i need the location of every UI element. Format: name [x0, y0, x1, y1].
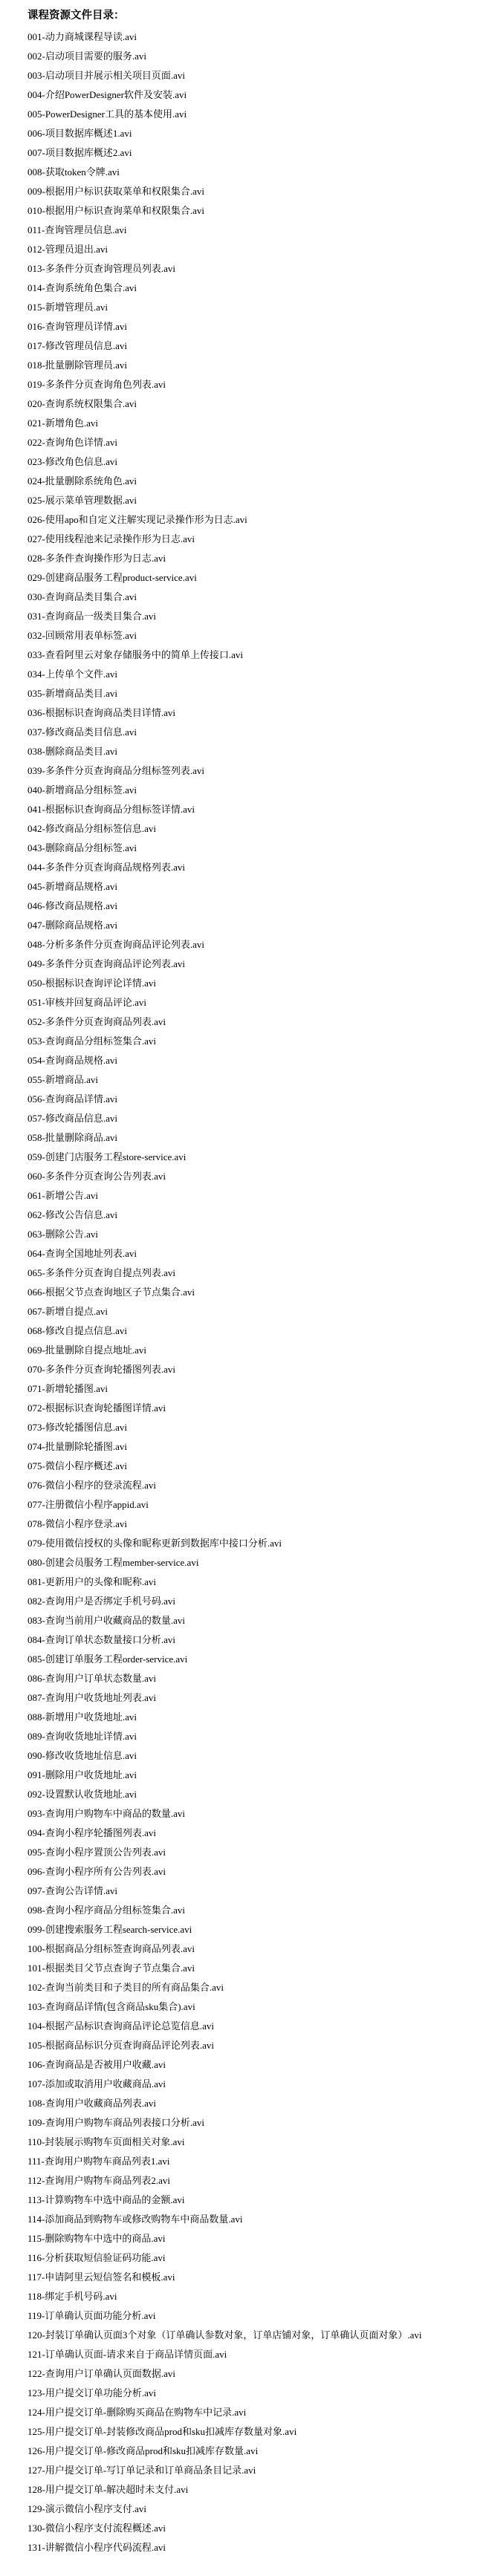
list-item: 036-根据标识查询商品类目详情.avi: [27, 707, 476, 719]
list-item: 130-微信小程序支付流程概述.avi: [27, 2523, 476, 2534]
list-item: 121-订单确认页面-请求来自于商品详情页面.avi: [27, 2349, 476, 2361]
list-item: 075-微信小程序概述.avi: [27, 1460, 476, 1472]
list-item: 126-用户提交订单-修改商品prod和sku扣减库存数量.avi: [27, 2445, 476, 2457]
list-item: 099-创建搜索服务工程search-service.avi: [27, 1924, 476, 1936]
list-item: 021-新增角色.avi: [27, 417, 476, 429]
list-item: 024-批量删除系统角色.avi: [27, 475, 476, 487]
list-item: 003-启动项目并展示相关项目页面.avi: [27, 70, 476, 82]
list-item: 010-根据用户标识查询菜单和权限集合.avi: [27, 205, 476, 217]
list-item: 073-修改轮播图信息.avi: [27, 1422, 476, 1434]
list-item: 048-分析多条件分页查询商品评论列表.avi: [27, 939, 476, 951]
list-item: 054-查询商品规格.avi: [27, 1055, 476, 1067]
list-item: 129-演示微信小程序支付.avi: [27, 2503, 476, 2515]
list-item: 027-使用线程池来记录操作形为日志.avi: [27, 533, 476, 545]
list-item: 009-根据用户标识获取菜单和权限集合.avi: [27, 186, 476, 198]
list-item: 055-新增商品.avi: [27, 1074, 476, 1086]
list-item: 110-封装展示购物车页面相关对象.avi: [27, 2136, 476, 2148]
list-item: 032-回顾常用表单标签.avi: [27, 630, 476, 642]
list-item: 124-用户提交订单-删除购买商品在购物车中记录.avi: [27, 2407, 476, 2419]
list-item: 120-封装订单确认页面3个对象（订单确认参数对象，订单店铺对象，订单确认页面对…: [27, 2329, 476, 2341]
list-item: 112-查询用户购物车商品列表2.avi: [27, 2175, 476, 2187]
list-item: 058-批量删除商品.avi: [27, 1132, 476, 1144]
list-item: 042-修改商品分组标签信息.avi: [27, 823, 476, 835]
list-item: 122-查询用户订单确认页面数据.avi: [27, 2368, 476, 2380]
list-item: 060-多条件分页查询公告列表.avi: [27, 1171, 476, 1183]
list-item: 094-查询小程序轮播图列表.avi: [27, 1827, 476, 1839]
list-item: 006-项目数据库概述1.avi: [27, 128, 476, 140]
list-item: 089-查询收货地址详情.avi: [27, 1731, 476, 1743]
list-item: 016-查询管理员详情.avi: [27, 321, 476, 333]
list-item: 062-修改公告信息.avi: [27, 1209, 476, 1221]
list-item: 071-新增轮播图.avi: [27, 1383, 476, 1395]
list-item: 063-删除公告.avi: [27, 1229, 476, 1240]
list-item: 007-项目数据库概述2.avi: [27, 147, 476, 159]
list-item: 011-查询管理员信息.avi: [27, 224, 476, 236]
list-item: 125-用户提交订单-封装修改商品prod和sku扣减库存数量对象.avi: [27, 2426, 476, 2438]
list-item: 093-查询用户购物车中商品的数量.avi: [27, 1808, 476, 1820]
list-item: 013-多条件分页查询管理员列表.avi: [27, 263, 476, 275]
list-item: 087-查询用户收货地址列表.avi: [27, 1692, 476, 1704]
list-item: 131-讲解微信小程序代码流程.avi: [27, 2542, 476, 2554]
list-item: 077-注册微信小程序appid.avi: [27, 1499, 476, 1511]
list-item: 025-展示菜单管理数据.avi: [27, 495, 476, 507]
list-item: 020-查询系统权限集合.avi: [27, 398, 476, 410]
list-item: 026-使用apo和自定义注解实现记录操作形为日志.avi: [27, 514, 476, 526]
list-item: 103-查询商品详情(包含商品sku集合).avi: [27, 2001, 476, 2013]
list-item: 116-分析获取短信验证码功能.avi: [27, 2252, 476, 2264]
list-item: 078-微信小程序登录.avi: [27, 1518, 476, 1530]
list-item: 056-查询商品详情.avi: [27, 1093, 476, 1105]
file-list: 001-动力商城课程导读.avi002-启动项目需要的服务.avi003-启动项…: [27, 31, 476, 2554]
list-item: 039-多条件分页查询商品分组标签列表.avi: [27, 765, 476, 777]
list-item: 012-管理员退出.avi: [27, 244, 476, 256]
list-item: 023-修改角色信息.avi: [27, 456, 476, 468]
list-item: 114-添加商品到购物车或修改购物车中商品数量.avi: [27, 2214, 476, 2225]
list-item: 079-使用微信授权的头像和昵称更新到数据库中接口分析.avi: [27, 1538, 476, 1549]
list-item: 028-多条件查询操作形为日志.avi: [27, 553, 476, 565]
document-page: 课程资源文件目录： 001-动力商城课程导读.avi002-启动项目需要的服务.…: [0, 0, 483, 2576]
list-item: 002-启动项目需要的服务.avi: [27, 51, 476, 62]
list-item: 005-PowerDesigner工具的基本使用.avi: [27, 108, 476, 120]
list-item: 057-修改商品信息.avi: [27, 1113, 476, 1125]
list-item: 123-用户提交订单功能分析.avi: [27, 2387, 476, 2399]
list-item: 117-申请阿里云短信签名和模板.avi: [27, 2271, 476, 2283]
list-item: 074-批量删除轮播图.avi: [27, 1441, 476, 1453]
list-item: 128-用户提交订单-解决超时未支付.avi: [27, 2484, 476, 2496]
list-item: 065-多条件分页查询自提点列表.avi: [27, 1267, 476, 1279]
list-item: 004-介绍PowerDesigner软件及安装.avi: [27, 89, 476, 101]
list-item: 084-查询订单状态数量接口分析.avi: [27, 1634, 476, 1646]
list-item: 098-查询小程序商品分组标签集合.avi: [27, 1905, 476, 1916]
list-item: 066-根据父节点查询地区子节点集合.avi: [27, 1287, 476, 1298]
list-item: 008-获取token令牌.avi: [27, 166, 476, 178]
list-item: 035-新增商品类目.avi: [27, 688, 476, 700]
list-item: 097-查询公告详情.avi: [27, 1885, 476, 1897]
list-item: 038-删除商品类目.avi: [27, 746, 476, 758]
list-item: 061-新增公告.avi: [27, 1190, 476, 1202]
list-item: 111-查询用户购物车商品列表1.avi: [27, 2156, 476, 2167]
list-item: 086-查询用户订单状态数量.avi: [27, 1673, 476, 1685]
list-item: 109-查询用户购物车商品列表接口分析.avi: [27, 2117, 476, 2129]
list-item: 029-创建商品服务工程product-service.avi: [27, 572, 476, 584]
list-item: 080-创建会员服务工程member-service.avi: [27, 1557, 476, 1569]
list-item: 100-根据商品分组标签查询商品列表.avi: [27, 1943, 476, 1955]
list-item: 069-批量删除自提点地址.avi: [27, 1344, 476, 1356]
list-item: 046-修改商品规格.avi: [27, 900, 476, 912]
list-item: 085-创建订单服务工程order-service.avi: [27, 1653, 476, 1665]
list-item: 095-查询小程序置顶公告列表.avi: [27, 1847, 476, 1858]
list-item: 033-查看阿里云对象存储服务中的简单上传接口.avi: [27, 649, 476, 661]
list-item: 001-动力商城课程导读.avi: [27, 31, 476, 43]
list-item: 113-计算购物车中选中商品的金额.avi: [27, 2194, 476, 2206]
list-item: 030-查询商品类目集合.avi: [27, 591, 476, 603]
list-item: 067-新增自提点.avi: [27, 1306, 476, 1318]
list-item: 096-查询小程序所有公告列表.avi: [27, 1866, 476, 1878]
list-item: 088-新增用户收货地址.avi: [27, 1711, 476, 1723]
list-item: 119-订单确认页面功能分析.avi: [27, 2310, 476, 2322]
list-item: 068-修改自提点信息.avi: [27, 1325, 476, 1337]
list-item: 059-创建门店服务工程store-service.avi: [27, 1151, 476, 1163]
list-item: 115-删除购物车中选中的商品.avi: [27, 2233, 476, 2245]
list-item: 040-新增商品分组标签.avi: [27, 784, 476, 796]
list-item: 108-查询用户收藏商品列表.avi: [27, 2098, 476, 2110]
list-item: 083-查询当前用户收藏商品的数量.avi: [27, 1615, 476, 1627]
list-item: 106-查询商品是否被用户收藏.avi: [27, 2059, 476, 2071]
list-item: 082-查询用户是否绑定手机号码.avi: [27, 1596, 476, 1607]
list-item: 022-查询角色详情.avi: [27, 437, 476, 449]
list-item: 118-绑定手机号码.avi: [27, 2291, 476, 2303]
list-item: 051-审核并回复商品评论.avi: [27, 997, 476, 1009]
list-item: 047-删除商品规格.avi: [27, 920, 476, 931]
list-item: 045-新增商品规格.avi: [27, 881, 476, 893]
list-item: 081-更新用户的头像和昵称.avi: [27, 1576, 476, 1588]
list-item: 050-根据标识查询评论详情.avi: [27, 978, 476, 989]
list-item: 017-修改管理员信息.avi: [27, 340, 476, 352]
list-item: 090-修改收货地址信息.avi: [27, 1750, 476, 1762]
list-item: 102-查询当前类目和子类目的所有商品集合.avi: [27, 1982, 476, 1994]
list-item: 018-批量删除管理员.avi: [27, 360, 476, 371]
list-item: 049-多条件分页查询商品评论列表.avi: [27, 958, 476, 970]
list-item: 127-用户提交订单-写订单记录和订单商品条目记录.avi: [27, 2465, 476, 2476]
list-item: 041-根据标识查询商品分组标签详情.avi: [27, 804, 476, 816]
list-item: 053-查询商品分组标签集合.avi: [27, 1035, 476, 1047]
list-item: 015-新增管理员.avi: [27, 302, 476, 313]
list-item: 044-多条件分页查询商品规格列表.avi: [27, 862, 476, 874]
list-item: 091-删除用户收货地址.avi: [27, 1769, 476, 1781]
list-item: 037-修改商品类目信息.avi: [27, 726, 476, 738]
list-item: 019-多条件分页查询角色列表.avi: [27, 379, 476, 391]
list-item: 107-添加或取消用户收藏商品.avi: [27, 2078, 476, 2090]
list-item: 052-多条件分页查询商品列表.avi: [27, 1016, 476, 1028]
list-item: 014-查询系统角色集合.avi: [27, 282, 476, 294]
list-item: 104-根据产品标识查询商品评论总览信息.avi: [27, 2020, 476, 2032]
list-item: 031-查询商品一级类目集合.avi: [27, 611, 476, 622]
page-title: 课程资源文件目录：: [27, 9, 476, 22]
list-item: 064-查询全国地址列表.avi: [27, 1248, 476, 1260]
list-item: 043-删除商品分组标签.avi: [27, 842, 476, 854]
list-item: 072-根据标识查询轮播图详情.avi: [27, 1402, 476, 1414]
list-item: 092-设置默认收货地址.avi: [27, 1789, 476, 1801]
list-item: 105-根据商品标识分页查询商品评论列表.avi: [27, 2040, 476, 2052]
list-item: 101-根据类目父节点查询子节点集合.avi: [27, 1962, 476, 1974]
list-item: 076-微信小程序的登录流程.avi: [27, 1480, 476, 1492]
list-item: 070-多条件分页查询轮播图列表.avi: [27, 1364, 476, 1376]
list-item: 034-上传单个文件.avi: [27, 669, 476, 680]
